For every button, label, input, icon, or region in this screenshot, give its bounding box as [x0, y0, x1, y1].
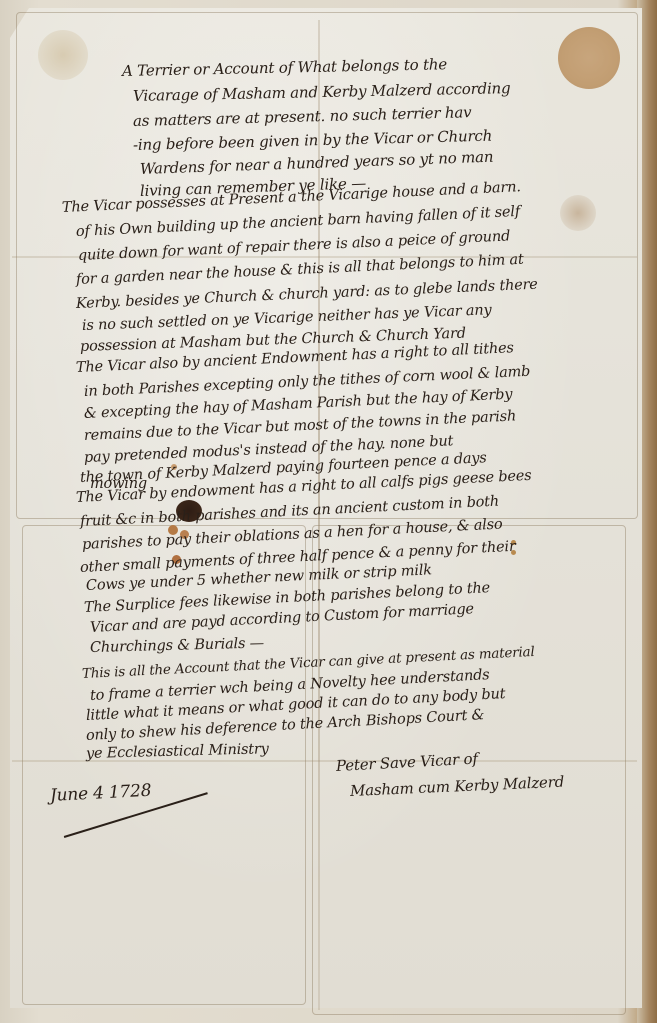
signature-line-2: Masham cum Kerby Malzerd	[350, 773, 565, 800]
heading-line: as matters are at present. no such terri…	[133, 103, 472, 130]
paragraph-4-line: Churchings & Burials —	[90, 635, 264, 656]
manuscript-text: A Terrier or Account of What belongs to …	[0, 0, 657, 1023]
heading-line: Vicarage of Masham and Kerby Malzerd acc…	[133, 79, 511, 105]
heading-line: A Terrier or Account of What belongs to …	[122, 55, 447, 80]
signature-line-1: Peter Save Vicar of	[336, 750, 479, 775]
paragraph-5-line: ye Ecclesiastical Ministry	[86, 741, 269, 762]
document-date: June 4 1728	[49, 781, 151, 806]
